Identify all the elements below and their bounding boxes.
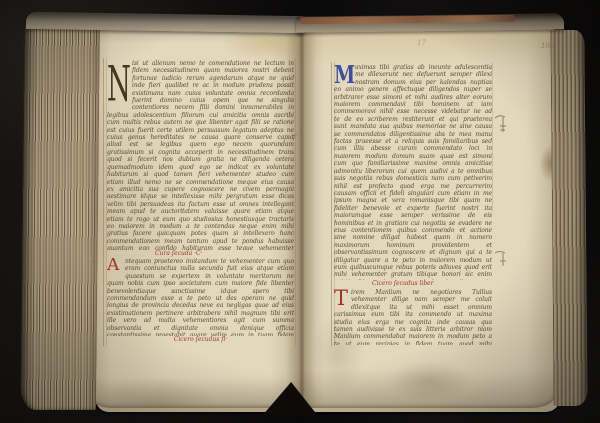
right-paragraph-2-text: irem Manlium ne negotiares Tullius vehem… xyxy=(334,289,492,345)
right-paragraph-2: Tirem Manlium ne negotiares Tullius vehe… xyxy=(334,289,492,345)
left-explicit-line: Cicero ſecudus fl· xyxy=(107,336,294,344)
ruling-line xyxy=(331,62,332,346)
left-paragraph-2: Antequam praetereo imitandum te vehement… xyxy=(107,258,294,336)
right-paragraph-1-text: aximas tibi gratias ab ineunte adulescen… xyxy=(334,64,492,280)
right-paragraph-1: Maximas tibi gratias ab ineunte adulesce… xyxy=(334,64,492,280)
illuminated-initial-M: M xyxy=(334,64,350,86)
rubricated-initial-A: A xyxy=(107,258,123,273)
left-paragraph-1: Nisi ut alienum nemo te comendatione ne … xyxy=(107,60,294,250)
left-paragraph-1-text: isi ut alienum nemo te comendatione ne l… xyxy=(107,60,294,250)
left-rubric-inline: Cura ſecuda ·C· xyxy=(155,250,294,258)
rubricated-initial-T: T xyxy=(334,289,349,309)
right-rubric: Cicero ſecudus liber xyxy=(372,280,492,289)
margin-flourish-icon xyxy=(494,250,508,274)
fore-edge-page-stack-left xyxy=(20,16,100,410)
manuscript-photo: Nisi ut alienum nemo te comendatione ne … xyxy=(0,0,600,423)
margin-flourish-icon xyxy=(494,114,508,140)
left-paragraph-2-text: ntequam praetereo imitandum te vehemente… xyxy=(107,258,294,336)
right-text-block: Maximas tibi gratias ab ineunte adulesce… xyxy=(334,64,492,345)
margin-tick: - xyxy=(92,258,94,266)
ruling-line xyxy=(103,58,104,346)
ruling-line xyxy=(492,62,493,212)
quire-mark: 17 xyxy=(417,39,426,47)
left-text-block: Nisi ut alienum nemo te comendatione ne … xyxy=(107,60,294,344)
fore-edge-page-stack-right xyxy=(550,30,587,406)
folio-number: 192 xyxy=(541,42,554,50)
illuminated-initial-N: N xyxy=(107,60,121,115)
margin-f-mark: ſ xyxy=(292,133,296,141)
ruling-line xyxy=(295,58,296,346)
